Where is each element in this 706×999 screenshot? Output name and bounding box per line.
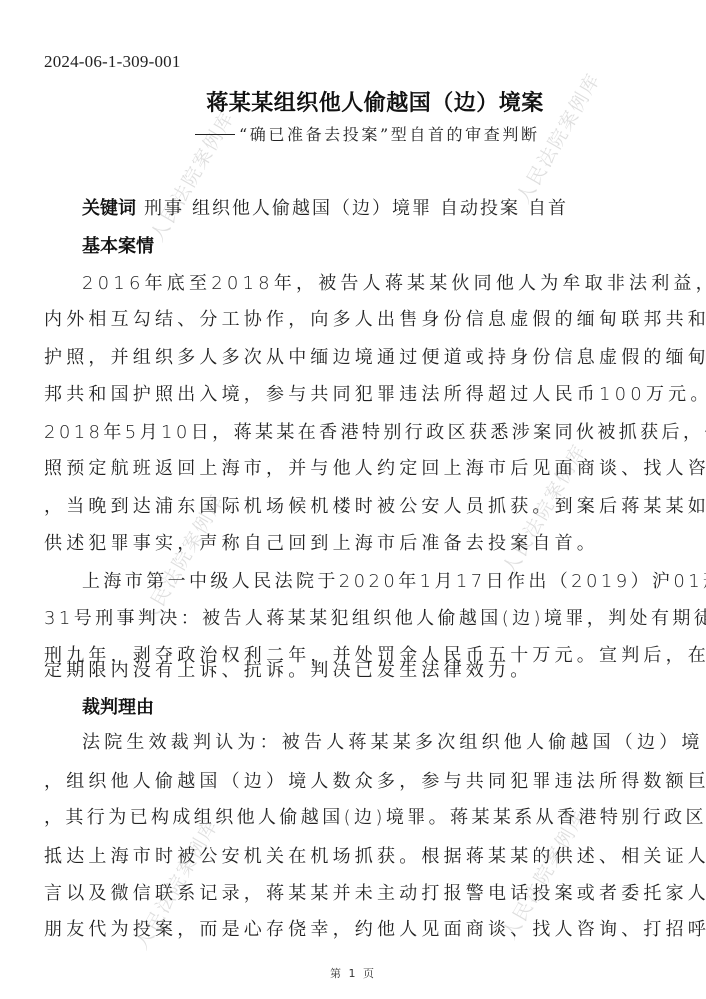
paragraph-line: 邦共和国护照出入境，参与共同犯罪违法所得超过人民币100万元。	[44, 383, 664, 407]
paragraph-line: 31号刑事判决：被告人蒋某某犯组织他人偷越国(边)境罪，判处有期徒	[44, 607, 664, 631]
document-page: 人民法院案例库 人民法院案例库 人民法院案例库 人民法院案例库 人民法院案例库 …	[0, 0, 706, 999]
keyword: 自首	[528, 198, 568, 219]
paragraph-line: ，其行为已构成组织他人偷越国(边)境罪。蒋某某系从香港特别行政区	[44, 806, 664, 830]
paragraph-line: 2016年底至2018年，被告人蒋某某伙同他人为牟取非法利益，在境	[82, 272, 702, 296]
paragraph-line: 护照，并组织多人多次从中缅边境通过便道或持身份信息虚假的缅甸联	[44, 346, 664, 370]
section-heading-basic-facts: 基本案情	[82, 232, 154, 258]
paragraph-line: 抵达上海市时被公安机关在机场抓获。根据蒋某某的供述、相关证人证	[44, 845, 664, 869]
paragraph-line: ，当晚到达浦东国际机场候机楼时被公安人员抓获。到案后蒋某某如实	[44, 495, 664, 519]
keywords-label: 关键词	[82, 198, 136, 219]
paragraph-line: ，组织他人偷越国（边）境人数众多，参与共同犯罪违法所得数额巨大	[44, 770, 664, 794]
paragraph-line: 照预定航班返回上海市，并与他人约定回上海市后见面商谈、找人咨询	[44, 457, 664, 481]
paragraph-line: 朋友代为投案，而是心存侥幸，约他人见面商谈、找人咨询、打招呼	[44, 918, 664, 942]
subtitle-text: “确已准备去投案”型自首的审查判断	[239, 125, 540, 144]
keyword: 组织他人偷越国（边）境罪	[192, 198, 432, 219]
paragraph-line: 定期限内没有上诉、抗诉。判决已发生法律效力。	[44, 659, 664, 683]
keyword: 刑事	[144, 198, 184, 219]
paragraph-line: 2018年5月10日，蒋某某在香港特别行政区获悉涉案同伙被抓获后，仍按	[44, 421, 664, 445]
page-number: 第 1 页	[0, 965, 706, 981]
keywords-line: 关键词刑事组织他人偷越国（边）境罪自动投案自首	[82, 194, 568, 220]
paragraph-line: 内外相互勾结、分工协作，向多人出售身份信息虚假的缅甸联邦共和国	[44, 308, 664, 332]
paragraph-line: 法院生效裁判认为：被告人蒋某某多次组织他人偷越国（边）境	[82, 731, 702, 755]
keyword: 自动投案	[440, 198, 520, 219]
document-title: 蒋某某组织他人偷越国（边）境案	[0, 86, 706, 117]
document-subtitle: “确已准备去投案”型自首的审查判断	[195, 122, 540, 145]
paragraph-line: 言以及微信联系记录，蒋某某并未主动打报警电话投案或者委托家人、	[44, 882, 664, 906]
section-heading-reasoning: 裁判理由	[82, 693, 154, 719]
document-id: 2024-06-1-309-001	[44, 52, 181, 72]
em-dash-rule	[195, 134, 235, 135]
paragraph-line: 上海市第一中级人民法院于2020年1月17日作出（2019）沪01刑初	[82, 570, 702, 594]
paragraph-line: 供述犯罪事实，声称自己回到上海市后准备去投案自首。	[44, 532, 664, 556]
